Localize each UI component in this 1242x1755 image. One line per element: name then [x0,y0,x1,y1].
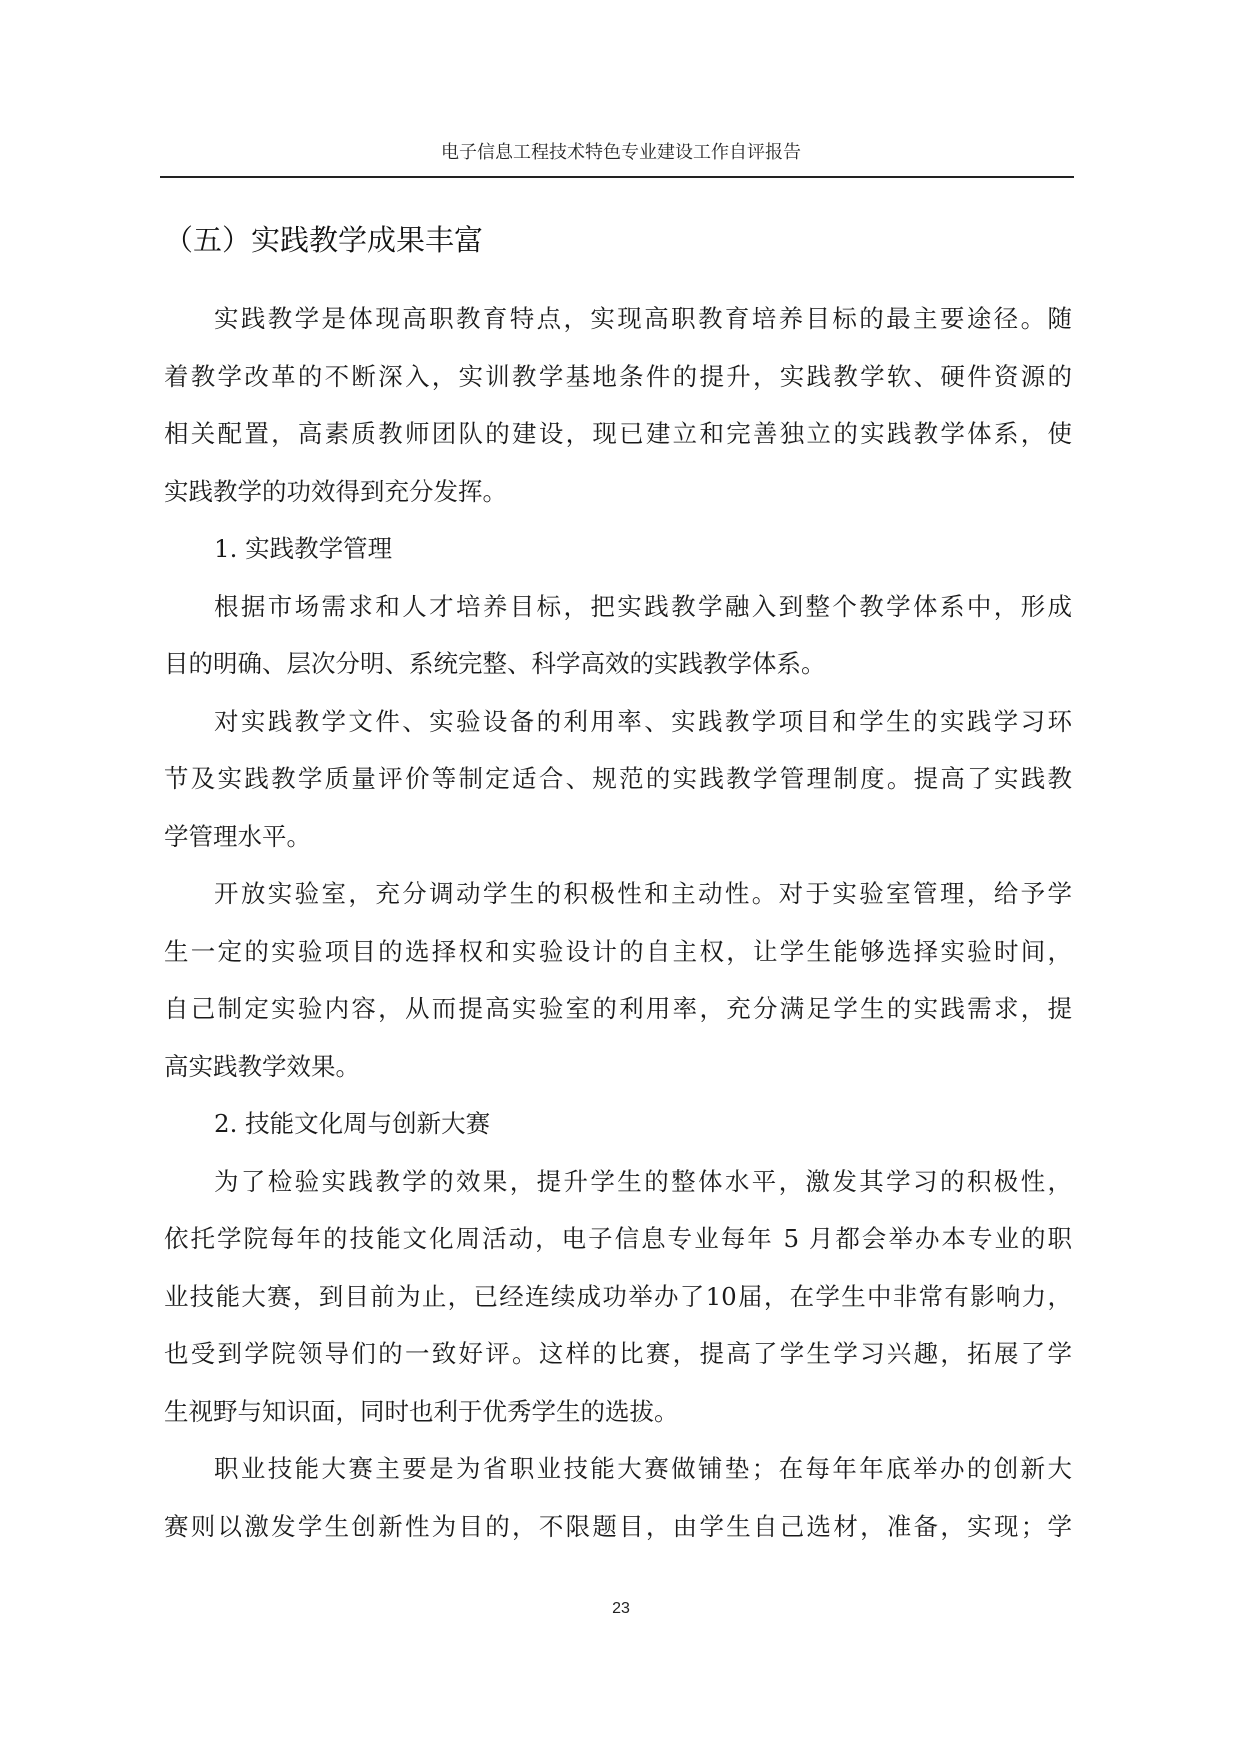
text-line: 生视野与知识面，同时也利于优秀学生的选拔。 [164,1383,1072,1441]
text-line: 开放实验室，充分调动学生的积极性和主动性。对于实验室管理，给予学 [164,865,1072,923]
text-line: 1. 实践教学管理 [164,520,1072,578]
text-line: 实践教学是体现高职教育特点，实现高职教育培养目标的最主要途径。随 [164,290,1072,348]
text-line: 节及实践教学质量评价等制定适合、规范的实践教学管理制度。提高了实践教 [164,750,1072,808]
document-body: 实践教学是体现高职教育特点，实现高职教育培养目标的最主要途径。随着教学改革的不断… [164,290,1072,1555]
text-line: 着教学改革的不断深入，实训教学基地条件的提升，实践教学软、硬件资源的 [164,348,1072,406]
header-divider [160,176,1074,178]
text-line: 高实践教学效果。 [164,1038,1072,1096]
text-line: 生一定的实验项目的选择权和实验设计的自主权，让学生能够选择实验时间， [164,923,1072,981]
text-line: 赛则以激发学生创新性为目的，不限题目，由学生自己选材，准备，实现；学 [164,1498,1072,1556]
text-line: 根据市场需求和人才培养目标，把实践教学融入到整个教学体系中，形成 [164,578,1072,636]
text-line: 实践教学的功效得到充分发挥。 [164,463,1072,521]
text-line: 对实践教学文件、实验设备的利用率、实践教学项目和学生的实践学习环 [164,693,1072,751]
text-line: 依托学院每年的技能文化周活动，电子信息专业每年 5 月都会举办本专业的职 [164,1210,1072,1268]
text-line: 目的明确、层次分明、系统完整、科学高效的实践教学体系。 [164,635,1072,693]
page-number: 23 [0,1600,1242,1618]
text-line: 学管理水平。 [164,808,1072,866]
text-line: 为了检验实践教学的效果，提升学生的整体水平，激发其学习的积极性， [164,1153,1072,1211]
running-header: 电子信息工程技术特色专业建设工作自评报告 [0,138,1242,164]
text-line: 业技能大赛，到目前为止，已经连续成功举办了10届，在学生中非常有影响力， [164,1268,1072,1326]
text-line: 相关配置，高素质教师团队的建设，现已建立和完善独立的实践教学体系，使 [164,405,1072,463]
text-line: 自己制定实验内容，从而提高实验室的利用率，充分满足学生的实践需求，提 [164,980,1072,1038]
text-line: 职业技能大赛主要是为省职业技能大赛做铺垫；在每年年底举办的创新大 [164,1440,1072,1498]
text-line: 也受到学院领导们的一致好评。这样的比赛，提高了学生学习兴趣，拓展了学 [164,1325,1072,1383]
text-line: 2. 技能文化周与创新大赛 [164,1095,1072,1153]
section-heading: （五）实践教学成果丰富 [164,218,483,259]
